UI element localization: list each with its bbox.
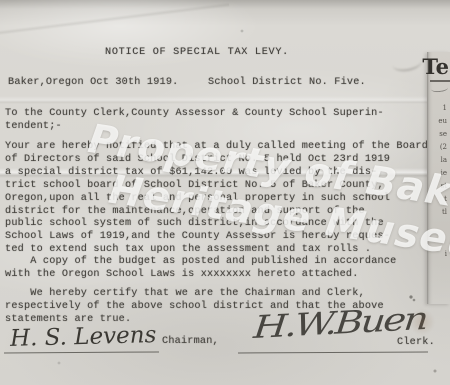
paper-specks: [0, 0, 2, 2]
pencil-smudge: [391, 53, 423, 74]
clipping-wave-rule: [431, 84, 449, 93]
clipping-text-fragment: i: [445, 250, 447, 258]
clipping-text-fragment: t: [444, 195, 447, 203]
clipping-text-fragment: ie: [441, 169, 447, 177]
clipping-text-fragment: se: [439, 130, 447, 138]
fold-crease-upper: [0, 96, 450, 104]
scanned-document: NOTICE OF SPECIAL TAX LEVY. Baker,Oregon…: [0, 0, 450, 385]
clipping-text-fragment: (2: [440, 143, 447, 151]
dateline-district: School District No. Five.: [208, 77, 366, 90]
clipping-headline-fragment: Te: [422, 54, 449, 79]
salutation: To the County Clerk,County Assessor & Co…: [5, 108, 384, 134]
document-title: NOTICE OF SPECIAL TAX LEVY.: [105, 47, 289, 60]
clipping-text-fragment: 1: [443, 104, 447, 112]
paper-stain: [410, 310, 434, 334]
budget-note-paragraph: A copy of the budget as posted and publi…: [5, 256, 396, 282]
clipping-text-fragment: eu: [438, 117, 447, 125]
clerk-title-label: Clerk.: [397, 337, 435, 350]
clipping-text-fragment: tl: [442, 208, 447, 216]
clerk-signature-line: [238, 352, 428, 354]
dateline-place-date: Baker,Oregon Oct 30th 1919.: [8, 77, 178, 90]
body-paragraph: Your are hereby notified that at a duly …: [5, 141, 428, 257]
clipping-text-fragment: la: [441, 156, 447, 164]
wrinkle-crease: [0, 2, 229, 39]
chairman-signature-line: [4, 351, 159, 353]
chairman-signature: H. S. Levens: [10, 322, 157, 352]
chairman-title-label: Chairman,: [162, 336, 219, 349]
newspaper-clipping-edge: Te 1 eu se (2 la ie st t tl i: [427, 52, 450, 304]
clipping-rule: [430, 80, 450, 82]
clipping-text-fragment: st: [441, 182, 447, 190]
